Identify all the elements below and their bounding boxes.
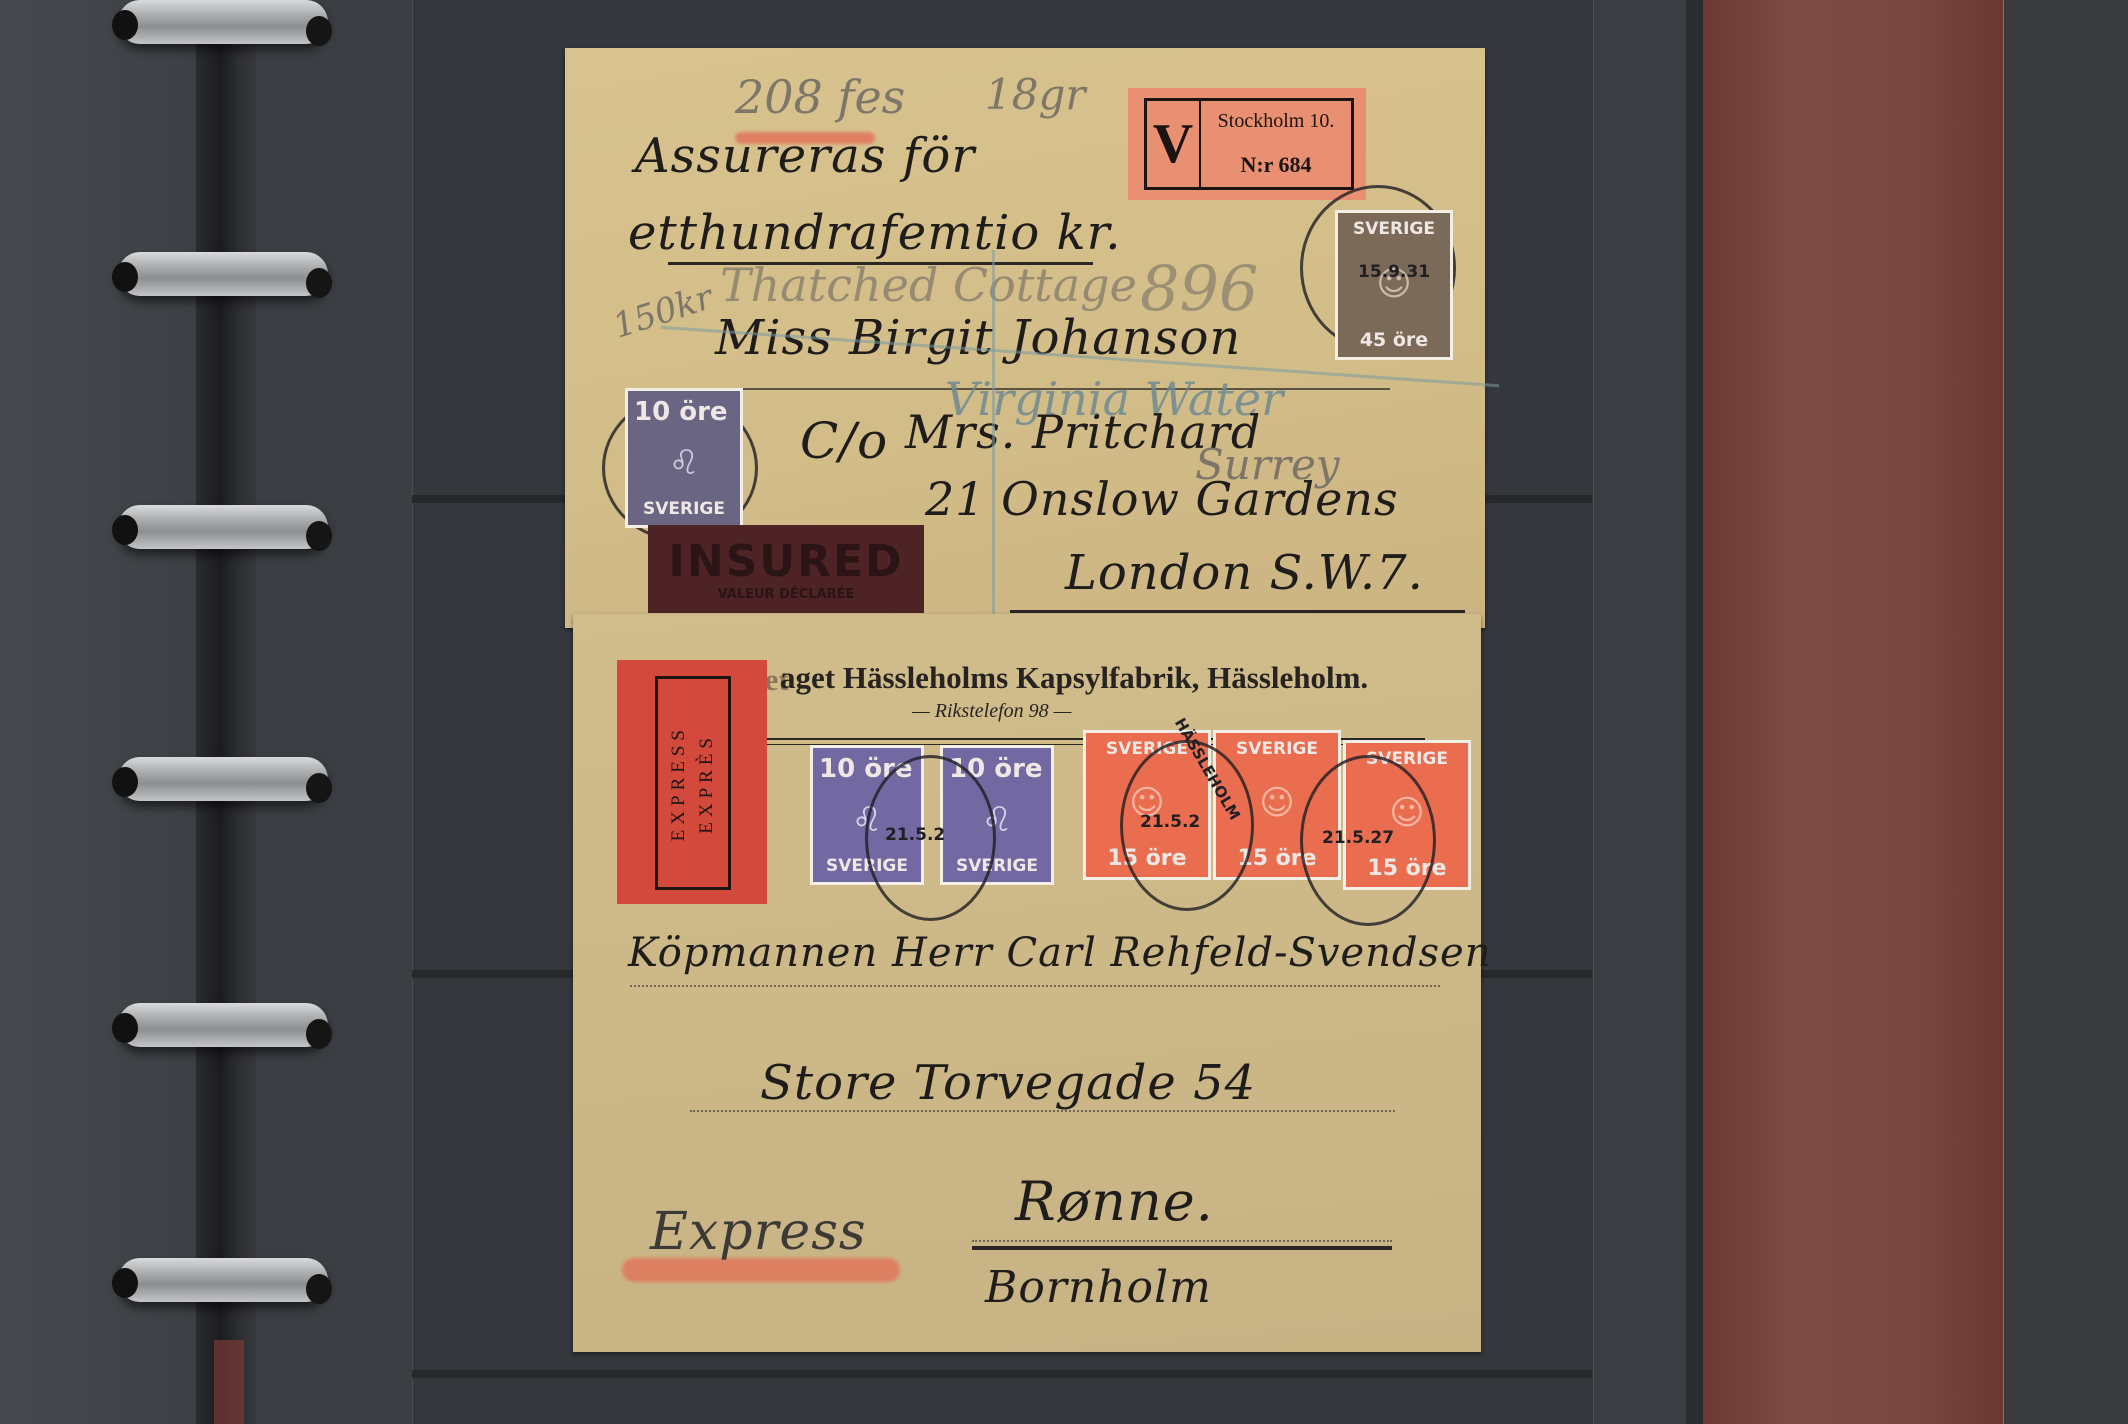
registration-label: V Stockholm 10. N:r 684 <box>1128 88 1366 200</box>
stamp-country: SVERIGE <box>643 499 725 519</box>
address-underline <box>972 1246 1392 1250</box>
album-cover-right <box>2004 0 2128 1424</box>
address-line2: Store Torvegade 54 <box>760 1055 1256 1111</box>
cover-edge <box>1686 0 1704 1424</box>
registration-office: Stockholm 10. <box>1218 110 1335 133</box>
handwritten-express: Express <box>650 1202 867 1262</box>
underline <box>1010 610 1465 613</box>
leather-cover-strip <box>1703 0 2005 1424</box>
pencil-note: 208 fes <box>735 70 905 124</box>
stamp-10-ore[interactable]: 10 öre ♌ SVERIGE <box>625 388 743 528</box>
binder-ring-icon <box>118 0 328 44</box>
postmark-date: 21.5.27 <box>1322 828 1394 848</box>
binder-ring-icon <box>118 1258 328 1302</box>
pencil-note: 18gr <box>985 70 1085 119</box>
binder-spine <box>196 0 256 1424</box>
address-rule <box>630 985 1440 987</box>
binder-ring-icon <box>118 757 328 801</box>
stamp-45-ore[interactable]: SVERIGE ☺ 45 öre <box>1335 210 1453 360</box>
insurance-text-line1: Assureras för <box>635 128 975 184</box>
letterhead-phone: — Rikstelefon 98 — <box>912 700 1071 723</box>
address-street: 21 Onslow Gardens <box>925 472 1399 526</box>
address-line1: Köpmannen Herr Carl Rehfeld-Svendsen <box>628 930 1491 976</box>
pencil-overwrite: Thatched Cottage <box>720 258 1137 312</box>
letterhead: aget Hässleholms Kapsylfabrik, Hässlehol… <box>780 660 1368 696</box>
spine-accent <box>214 1340 244 1424</box>
stamp-value: 10 öre <box>634 397 728 427</box>
lion-icon: ♌ <box>669 443 699 483</box>
address-city: London S.W.7. <box>1065 545 1424 601</box>
postmark-date: 21.5.2 <box>1140 812 1200 832</box>
postmark-date: 21.5.2 <box>885 825 945 845</box>
address-line3: Rønne. <box>1015 1170 1214 1233</box>
expres-text: EXPRÈS <box>696 733 718 834</box>
stamp-value: 45 öre <box>1360 329 1428 351</box>
insured-subtitle: VALEUR DÉCLARÉE <box>718 587 855 602</box>
express-label: EXPRESS EXPRÈS <box>617 660 767 904</box>
insurance-text-line2: etthundrafemtio kr. <box>628 205 1122 261</box>
pocket-strip <box>412 1370 1592 1378</box>
binder-ring-icon <box>118 505 328 549</box>
postmark-date: 15.9.31 <box>1358 262 1430 282</box>
stamp-country: SVERIGE <box>1353 219 1435 239</box>
binder-ring-icon <box>118 1003 328 1047</box>
portrait-icon: ☺ <box>1259 783 1294 823</box>
address-line4: Bornholm <box>985 1262 1212 1313</box>
address-rule <box>690 1110 1395 1112</box>
binder-ring-icon <box>118 252 328 296</box>
address-rule <box>972 1240 1392 1242</box>
stamp-country: SVERIGE <box>1236 739 1318 759</box>
registration-number: N:r 684 <box>1240 152 1311 178</box>
insured-label: INSURED VALEUR DÉCLARÉE <box>648 525 924 613</box>
insured-title: INSURED <box>668 536 903 587</box>
registration-letter: V <box>1147 101 1201 187</box>
blue-crayon-line <box>992 250 995 620</box>
express-text: EXPRESS <box>668 725 690 841</box>
address-care-of: C/o <box>800 412 888 470</box>
